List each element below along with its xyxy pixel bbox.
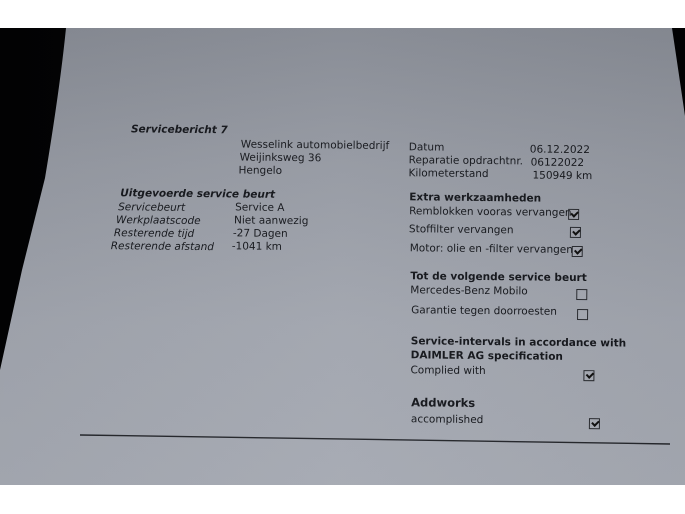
bottom-rule [0, 28, 685, 485]
document-photo: Servicebericht 7 Wesselink automobielbed… [0, 28, 685, 485]
